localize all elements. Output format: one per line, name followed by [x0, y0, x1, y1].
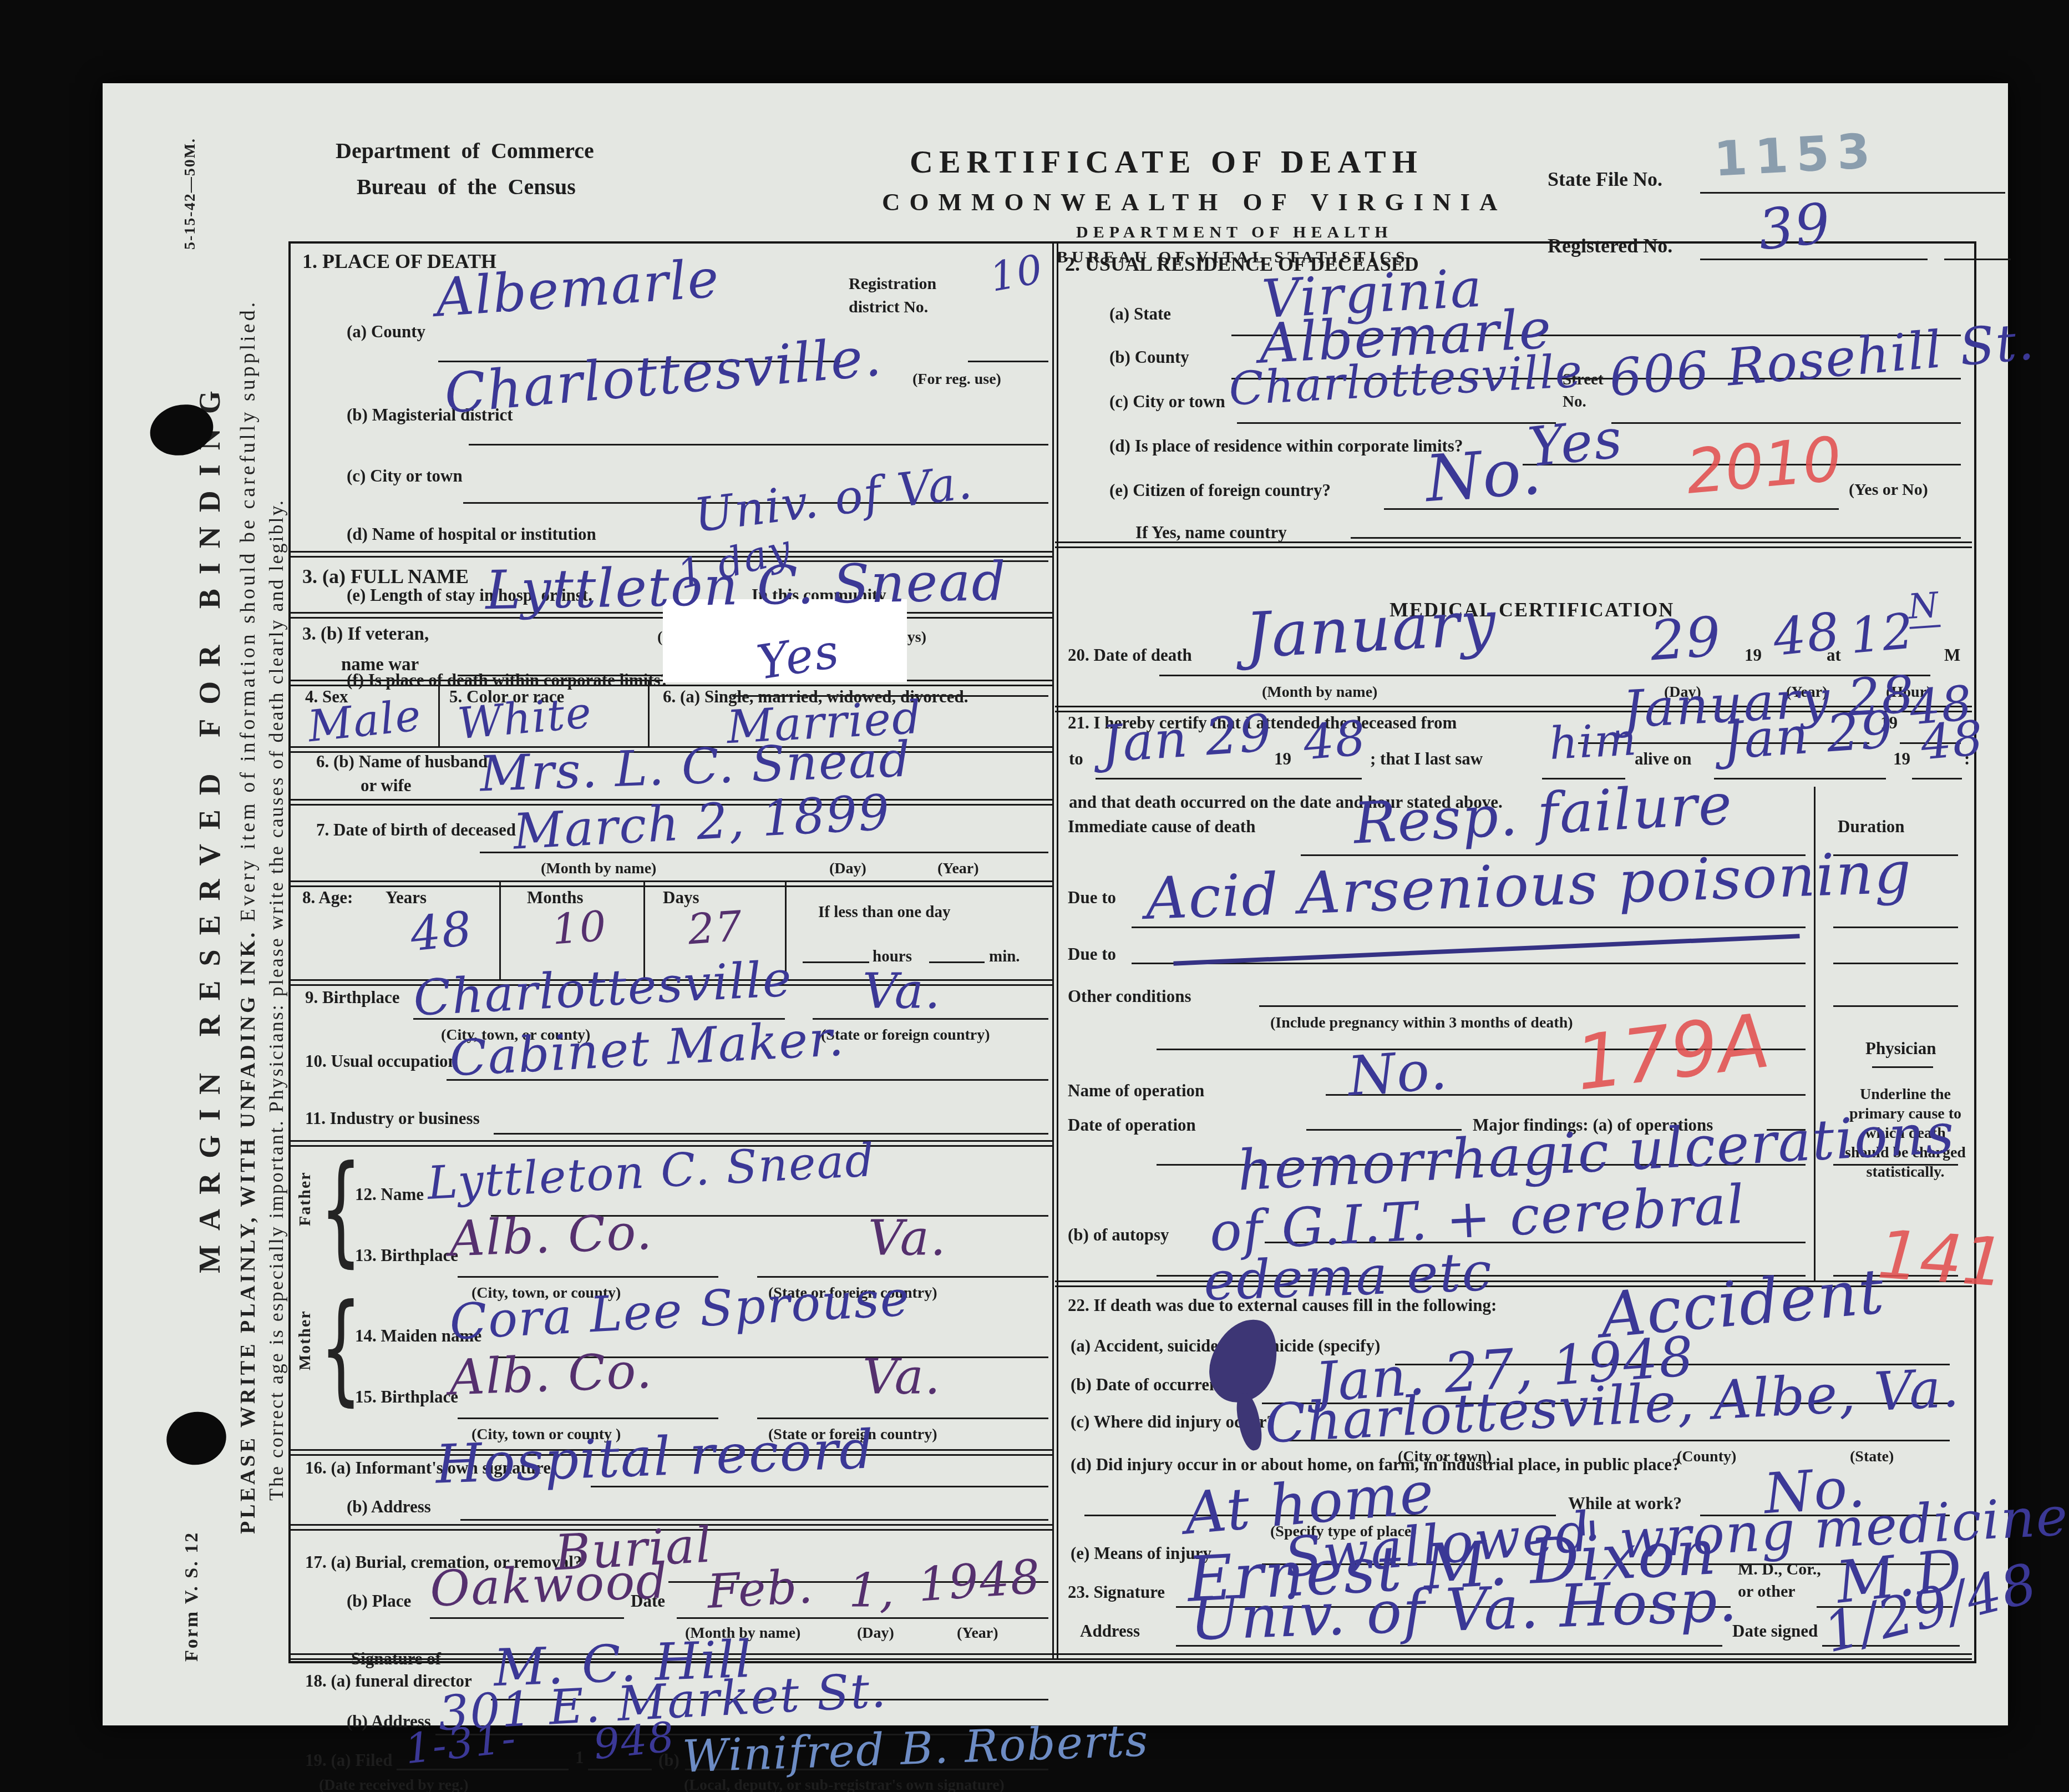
s3b-label2: name war: [341, 655, 419, 675]
s2c-label: (c) City or town: [1109, 392, 1225, 412]
margin-ink-note: PLEASE WRITE PLAINLY, WITH UNFADING INK.…: [236, 300, 260, 1534]
duration-label: Duration: [1838, 817, 1905, 837]
s19a-caption: (Date received by reg.): [319, 1776, 469, 1792]
stat-code-stamp: 141: [1875, 1216, 2007, 1302]
other-conditions-label: Other conditions: [1068, 986, 1191, 1006]
s20-printed-19: 19: [1745, 645, 1762, 665]
s13-label: 13. Birthplace: [355, 1246, 458, 1265]
rule: [1714, 778, 1886, 779]
s8-min-label: min.: [989, 948, 1020, 966]
s21-year2-value: 48: [1301, 710, 1369, 771]
s12-label: 12. Name: [355, 1184, 424, 1204]
s3b-label1: 3. (b) If veteran,: [302, 624, 429, 645]
autopsy-label: (b) of autopsy: [1068, 1225, 1169, 1245]
s13-father-birthplace-state: Va.: [868, 1209, 947, 1267]
s20-day-value: 29: [1648, 605, 1723, 674]
rule: [1351, 537, 1961, 539]
s7-cap-day: (Day): [829, 860, 866, 878]
s23-address-label: Address: [1080, 1621, 1140, 1641]
s17b-label: (b) Place: [347, 1591, 411, 1611]
s21-printed-19c: 19: [1274, 749, 1291, 769]
s20-hour-value: 12: [1848, 602, 1917, 665]
rule: [460, 1519, 1048, 1521]
s11-label: 11. Industry or business: [305, 1108, 480, 1128]
s20-m-label: M: [1944, 645, 1960, 665]
cell-divider: [499, 880, 501, 979]
rule: [1912, 778, 1962, 779]
document-title: CERTIFICATE OF DEATH: [910, 143, 1423, 180]
rule: [469, 444, 1048, 446]
s8-years-value: 48: [408, 901, 475, 962]
s21-him-value: him: [1548, 713, 1639, 770]
certificate-paper: 5-15-42—50M. MARGIN RESERVED FOR BINDING…: [103, 83, 2008, 1725]
s23-label: 23. Signature: [1068, 1582, 1165, 1602]
s21-to-value: Jan 29: [1099, 703, 1275, 774]
rule: [1700, 192, 2005, 194]
margin-form-number: Form V. S. 12: [181, 1531, 202, 1662]
s20-month-value: January: [1244, 587, 1499, 672]
s20-label: 20. Date of death: [1068, 645, 1192, 665]
margin-age-note: The correct age is especially important.…: [265, 499, 288, 1501]
s13-father-birthplace-city: Alb. Co.: [448, 1203, 653, 1268]
s7-cap-year: (Year): [937, 860, 979, 878]
autopsy-findings-line3: edema etc: [1203, 1241, 1494, 1313]
mother-side-label: Mother: [296, 1310, 315, 1370]
due2-label: Due to: [1068, 944, 1116, 964]
s6b-label2: or wife: [361, 776, 412, 796]
s9-state-value: Va.: [863, 963, 941, 1020]
s8-lessday-label: If less than one day: [818, 903, 951, 922]
column-divider: [1052, 241, 1058, 1659]
s20-hour-n: N: [1906, 584, 1940, 629]
duration-rule: [1833, 927, 1958, 928]
issuer-line-2: Bureau of the Census: [357, 174, 576, 200]
s2e-value: No.: [1423, 434, 1545, 517]
s18-pre-label: Signature of: [351, 1649, 441, 1669]
rule: [1700, 259, 1928, 260]
margin-ink-note-rest: Every item of information should be care…: [236, 300, 260, 930]
duration-rule: [1833, 1005, 1958, 1007]
rule: [803, 961, 869, 963]
s21-on-value: Jan 29: [1721, 700, 1896, 771]
rule: [458, 1418, 718, 1419]
s3a-label: 3. (a) FULL NAME: [302, 565, 469, 588]
s1a-regdist-label1: Registration: [849, 275, 936, 293]
state-file-number: 1153: [1713, 123, 1879, 187]
s2d-red-stamp: 2010: [1683, 423, 1844, 508]
physician-label: Physician: [1865, 1039, 1936, 1059]
rule: [588, 1769, 652, 1770]
s17-cap-day: (Day): [857, 1624, 894, 1642]
registered-no-value: 39: [1755, 190, 1834, 262]
s19a-label: 19. (a) Filed: [305, 1750, 393, 1770]
s8-years-label: Years: [386, 888, 427, 908]
s2b-label: (b) County: [1109, 347, 1189, 367]
s8-label: 8. Age:: [302, 888, 353, 908]
scanned-death-certificate: 5-15-42—50M. MARGIN RESERVED FOR BINDING…: [0, 0, 2069, 1792]
duration-rule: [1833, 963, 1958, 964]
s17-cap-year: (Year): [957, 1624, 998, 1642]
s2d-label: (d) Is place of residence within corpora…: [1109, 436, 1463, 456]
document-sub2: DEPARTMENT OF HEALTH: [1076, 223, 1393, 242]
s9-cap-state: (State or foreign country): [821, 1026, 990, 1044]
s23-md-label2: or other: [1738, 1582, 1796, 1601]
rule: [1872, 1066, 1933, 1068]
s9-label: 9. Birthplace: [305, 988, 400, 1008]
punch-hole: [161, 1406, 231, 1470]
issuer-line-1: Department of Commerce: [336, 138, 594, 164]
s2e-caption: (Yes or No): [1849, 480, 1928, 499]
s17-date-month: Feb.: [706, 1559, 815, 1619]
s10-label: 10. Usual occupation: [305, 1051, 458, 1071]
margin-print-code: 5-15-42—50M.: [181, 138, 199, 250]
due1-label: Due to: [1068, 888, 1116, 908]
s1c-label: (c) City or town: [347, 466, 463, 486]
s2e-label: (e) Citizen of foreign country?: [1109, 480, 1331, 500]
rule: [458, 1276, 718, 1278]
rule: [968, 361, 1048, 362]
cause-label: Immediate cause of death: [1068, 817, 1255, 837]
operation-name-value: No.: [1346, 1039, 1450, 1108]
s21-saw-label: ; that I last saw: [1370, 749, 1483, 769]
document-subtitle: COMMONWEALTH OF VIRGINIA: [882, 188, 1507, 216]
s20-cap-month: (Month by name): [1262, 684, 1377, 701]
s1a-reguse-caption: (For reg. use): [912, 371, 1001, 388]
rule: [494, 1133, 1048, 1135]
s17b-place-value: Oakwood: [429, 1552, 669, 1618]
rule: [1611, 422, 1961, 424]
s3a-fullname-value: Lyttleton C. Snead: [485, 550, 1007, 621]
s1a-regdist-value: 10: [986, 245, 1047, 300]
section-rule: [288, 880, 1052, 887]
s8-days-value: 27: [686, 902, 744, 954]
s23-datesigned-label: Date signed: [1732, 1621, 1818, 1641]
s21-alive-label: alive on: [1635, 749, 1691, 769]
s20-year-value: 48: [1771, 601, 1844, 667]
s8-months-value: 10: [550, 902, 608, 954]
rule: [1096, 778, 1362, 779]
s15-mother-birthplace-city: Alb. Co.: [448, 1342, 653, 1406]
s1d-label: (d) Name of hospital or institution: [347, 524, 596, 544]
s1a-regdist-label2: district No.: [849, 298, 928, 317]
s22c-cap-county: (County): [1677, 1448, 1736, 1466]
rule: [757, 1418, 1048, 1419]
rule: [1944, 259, 2011, 260]
s21-year3-value: 48: [1919, 710, 1986, 771]
s21-to-label: to: [1069, 749, 1083, 769]
s6b-label1: 6. (b) Name of husband: [316, 752, 488, 772]
rule: [1237, 422, 1556, 424]
s7-label: 7. Date of birth of deceased: [316, 820, 516, 840]
s1a-label: (a) County: [347, 322, 425, 342]
operation-date-label: Date of operation: [1068, 1115, 1196, 1135]
s17-date-day: 1,: [849, 1563, 895, 1618]
rule: [430, 1617, 624, 1619]
s16b-label: (b) Address: [347, 1497, 431, 1517]
state-file-label: State File No.: [1548, 168, 1662, 191]
s2-ifyes-label: If Yes, name country: [1135, 523, 1287, 543]
s17-date-year: 1948: [916, 1549, 1043, 1612]
s2a-label: (a) State: [1109, 304, 1171, 324]
operation-name-label: Name of operation: [1068, 1081, 1204, 1101]
s15-mother-birthplace-state: Va.: [863, 1348, 941, 1405]
registered-no-label: Registered No.: [1548, 234, 1672, 257]
margin-binding-note: MARGIN RESERVED FOR BINDING: [192, 376, 227, 1273]
s7-cap-month: (Month by name): [541, 860, 656, 878]
s15-label: 15. Birthplace: [355, 1387, 458, 1407]
s19a-printed-1: 1: [575, 1748, 584, 1768]
margin-ink-note-caps: PLEASE WRITE PLAINLY, WITH UNFADING INK.: [236, 930, 260, 1534]
other-conditions-caption: (Include pregnancy within 3 months of de…: [1270, 1014, 1573, 1032]
s19a-filed-year: 948: [591, 1713, 677, 1769]
father-side-label: Father: [296, 1171, 315, 1226]
